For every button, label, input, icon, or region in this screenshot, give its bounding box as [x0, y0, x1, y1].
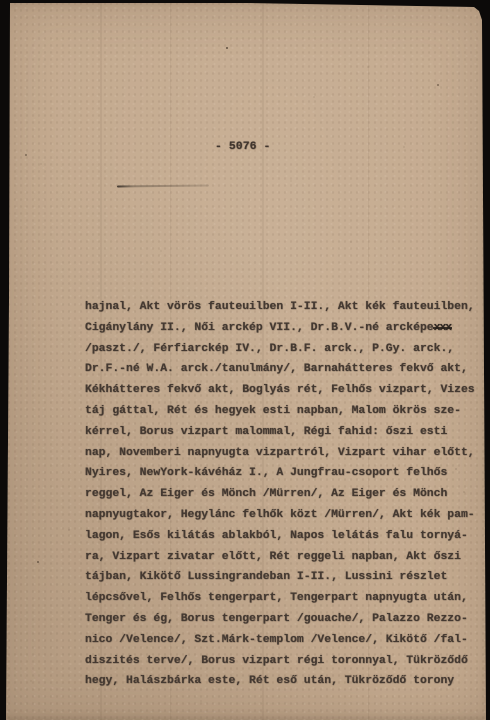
paper-speckles [0, 0, 2, 2]
text-line-part: Cigánylány II., Női arckép VII., Dr.B.V.… [85, 322, 434, 334]
text-line: lagon, Esős kilátás ablakból, Napos lelá… [85, 526, 485, 547]
text-line: tájban, Kikötő Lussingrandeban I-II., Lu… [85, 567, 485, 588]
typewritten-text: hajnal, Akt vörös fauteuilben I-II., Akt… [85, 297, 485, 692]
page-number: - 5076 - [215, 141, 270, 153]
scan-background: - 5076 - hajnal, Akt vörös fauteuilben I… [0, 0, 490, 720]
text-line: hegy, Halászbárka este, Rét eső után, Tü… [85, 671, 485, 692]
text-line: napnyugtakor, Hegylánc felhők közt /Mürr… [85, 505, 485, 526]
text-line: Nyires, NewYork-kávéház I., A Jungfrau-c… [85, 463, 485, 484]
struck-text: xxx [434, 322, 453, 334]
text-line: lépcsővel, Felhős tengerpart, Tengerpart… [85, 588, 485, 609]
text-line: ra, Vizpart zivatar előtt, Rét reggeli n… [85, 547, 485, 568]
paper-sheet: - 5076 - hajnal, Akt vörös fauteuilben I… [0, 0, 490, 720]
text-line: Kékhátteres fekvő akt, Boglyás rét, Felh… [85, 380, 485, 401]
text-line: Cigánylány II., Női arckép VII., Dr.B.V.… [85, 318, 485, 339]
pencil-mark [117, 185, 209, 188]
text-line: hajnal, Akt vörös fauteuilben I-II., Akt… [85, 297, 485, 318]
text-line: reggel, Az Eiger és Mönch /Mürren/, Az E… [85, 484, 485, 505]
text-line: táj gáttal, Rét és hegyek esti napban, M… [85, 401, 485, 422]
text-line: nap, Novemberi napnyugta vizpartról, Viz… [85, 443, 485, 464]
text-line: Tenger és ég, Borus tengerpart /gouache/… [85, 609, 485, 630]
text-line: nico /Velence/, Szt.Márk-templom /Velenc… [85, 630, 485, 651]
text-line: Dr.F.-né W.A. arck./tanulmány/, Barnahát… [85, 359, 485, 380]
text-line: kérrel, Borus vizpart malommal, Régi fah… [85, 422, 485, 443]
text-line: diszités terve/, Borus vizpart régi toro… [85, 651, 485, 672]
text-line: /paszt./, Férfiarckép IV., Dr.B.F. arck.… [85, 339, 485, 360]
